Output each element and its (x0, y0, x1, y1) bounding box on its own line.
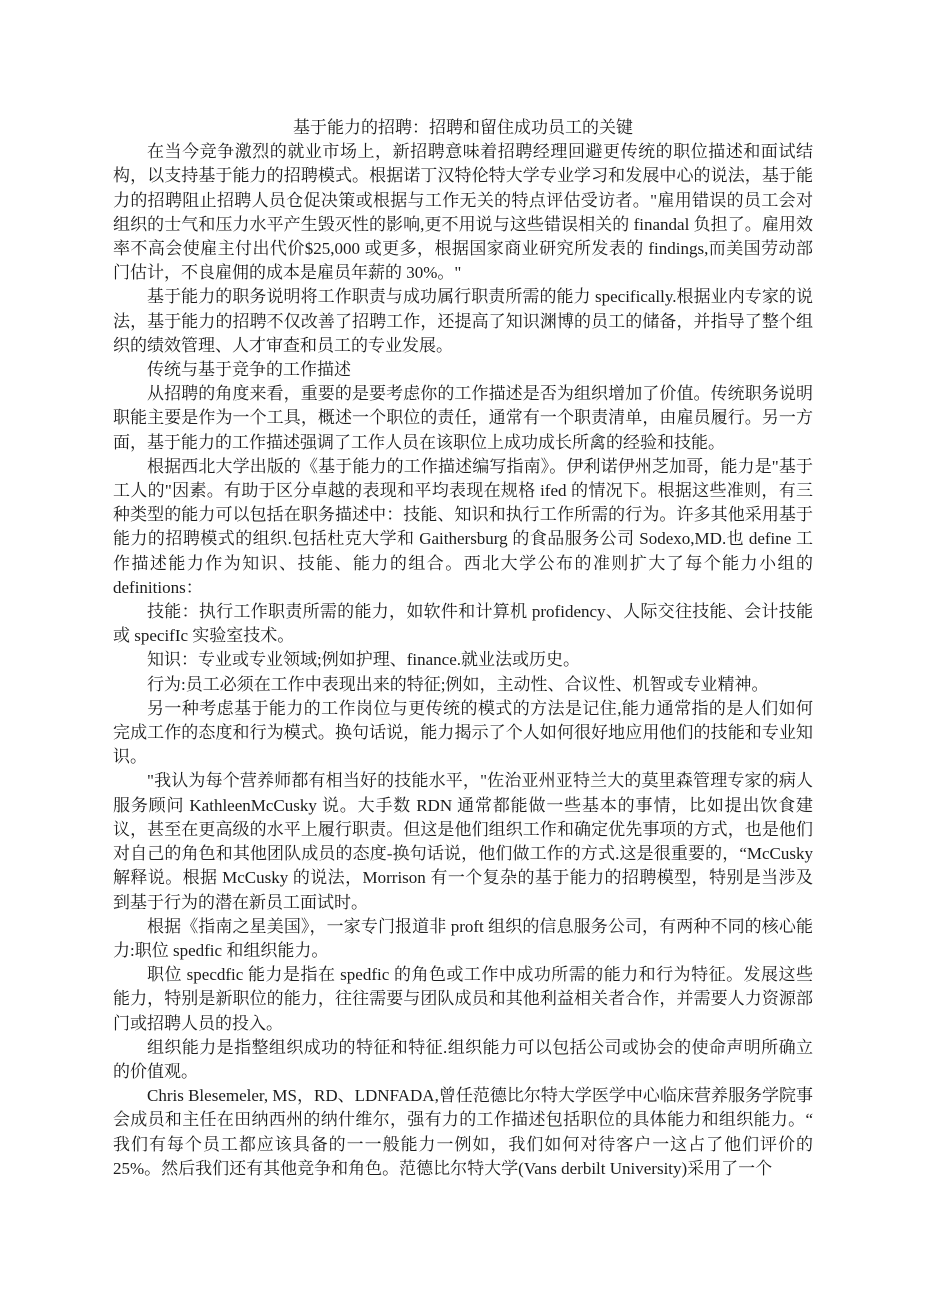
paragraph: 根据《指南之星美国》，一家专门报道非 proft 组织的信息服务公司，有两种不同… (113, 915, 813, 963)
document-page: 基于能力的招聘：招聘和留住成功员工的关键 在当今竞争激烈的就业市场上，新招聘意味… (0, 0, 926, 1309)
section-heading: 传统与基于竞争的工作描述 (113, 358, 813, 382)
paragraph: 另一种考虑基于能力的工作岗位与更传统的模式的方法是记住,能力通常指的是人们如何完… (113, 697, 813, 770)
paragraph: 根据西北大学出版的《基于能力的工作描述编写指南》。伊利诺伊州芝加哥，能力是"基于… (113, 455, 813, 600)
paragraph: 职位 specdfic 能力是指在 spedfic 的角色或工作中成功所需的能力… (113, 963, 813, 1036)
paragraph: "我认为每个营养师都有相当好的技能水平，"佐治亚州亚特兰大的莫里森管理专家的病人… (113, 769, 813, 914)
paragraph: 组织能力是指整组织成功的特征和特征.组织能力可以包括公司或协会的使命声明所确立的… (113, 1036, 813, 1084)
definition-skills: 技能：执行工作职责所需的能力，如软件和计算机 profidency、人际交往技能… (113, 600, 813, 648)
document-title: 基于能力的招聘：招聘和留住成功员工的关键 (113, 116, 813, 140)
paragraph: 从招聘的角度来看，重要的是要考虑你的工作描述是否为组织增加了价值。传统职务说明职… (113, 382, 813, 455)
paragraph: 基于能力的职务说明将工作职责与成功属行职责所需的能力 specifically.… (113, 285, 813, 358)
paragraph: 在当今竞争激烈的就业市场上，新招聘意味着招聘经理回避更传统的职位描述和面试结构，… (113, 140, 813, 285)
document-content: 基于能力的招聘：招聘和留住成功员工的关键 在当今竞争激烈的就业市场上，新招聘意味… (113, 116, 813, 1181)
definition-knowledge: 知识：专业或专业领域;例如护理、finance.就业法或历史。 (113, 648, 813, 672)
paragraph: Chris Blesemeler, MS，RD、LDNFADA,曾任范德比尔特大… (113, 1084, 813, 1181)
definition-behavior: 行为:员工必须在工作中表现出来的特征;例如，主动性、合议性、机智或专业精神。 (113, 673, 813, 697)
